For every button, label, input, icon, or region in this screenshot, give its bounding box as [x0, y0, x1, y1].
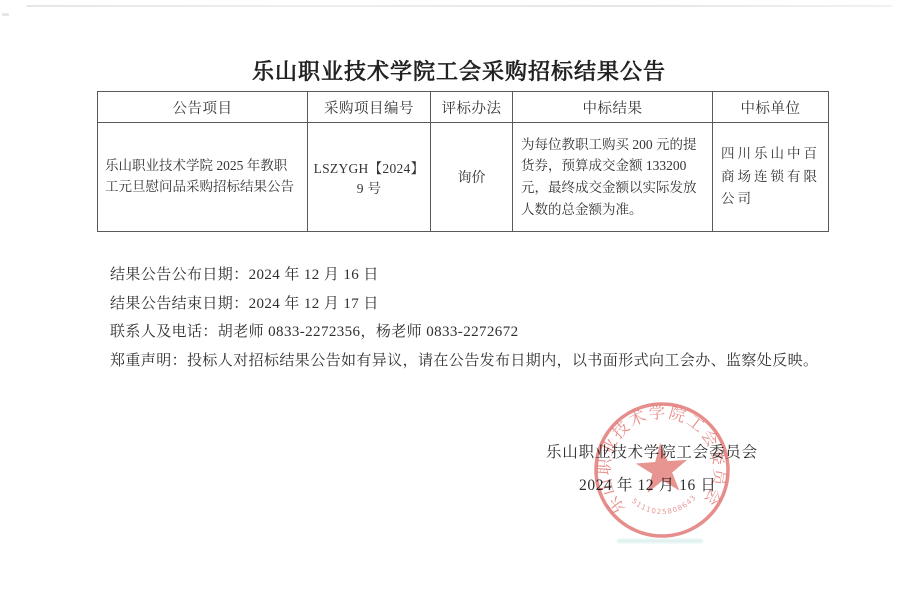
col-header-project: 公告项目 [98, 92, 308, 123]
col-header-winner: 中标单位 [713, 92, 829, 123]
official-red-seal-icon: 乐山职业技术学院工会委员会 5111025808643 [588, 396, 736, 544]
declaration-line: 郑重声明：投标人对招标结果公告如有异议，请在公告发布日期内，以书面形式向工会办、… [110, 351, 818, 371]
contacts-line: 联系人及电话：胡老师 0833-2272356，杨老师 0833-2272672 [110, 322, 519, 342]
cell-project: 乐山职业技术学院 2025 年教职工元旦慰问品采购招标结果公告 [98, 123, 308, 232]
col-header-method: 评标办法 [431, 92, 513, 123]
bid-result-table: 公告项目 采购项目编号 评标办法 中标结果 中标单位 乐山职业技术学院 2025… [97, 91, 829, 232]
scan-artifact-top-line [26, 5, 892, 7]
svg-text:5111025808643: 5111025808643 [630, 493, 700, 519]
scan-artifact-corner [2, 13, 9, 16]
publish-date-line: 结果公告公布日期：2024 年 12 月 16 日 [110, 265, 379, 285]
cell-result: 为每位教职工购买 200 元的提货券，预算成交金额 133200 元，最终成交金… [513, 123, 713, 232]
col-header-result: 中标结果 [513, 92, 713, 123]
col-header-number: 采购项目编号 [308, 92, 431, 123]
cell-winner: 四川乐山中百商场连锁有限公司 [713, 123, 829, 232]
table-row: 乐山职业技术学院 2025 年教职工元旦慰问品采购招标结果公告 LSZYGH【2… [98, 123, 829, 232]
cell-number: LSZYGH【2024】9 号 [308, 123, 431, 232]
cell-method: 询价 [431, 123, 513, 232]
seal-serial-number: 5111025808643 [630, 493, 700, 519]
table-header-row: 公告项目 采购项目编号 评标办法 中标结果 中标单位 [98, 92, 829, 123]
end-date-line: 结果公告结束日期：2024 年 12 月 17 日 [110, 294, 379, 314]
seal-star-icon [634, 441, 689, 493]
page-title: 乐山职业技术学院工会采购招标结果公告 [0, 55, 918, 86]
